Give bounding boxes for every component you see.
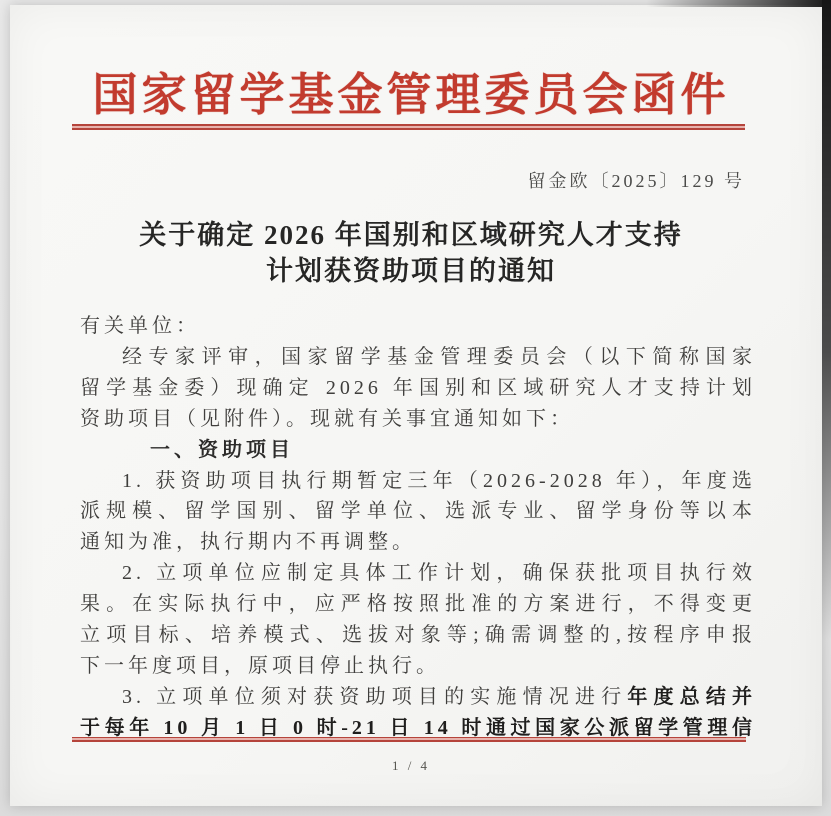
body-line: 派规模、留学国别、留学单位、选派专业、留学身份等以本 bbox=[80, 496, 756, 527]
notice-title-line2: 计划获资助项目的通知 bbox=[10, 253, 812, 289]
body-line: 立项目标、培养模式、选拔对象等;确需调整的,按程序申报 bbox=[80, 620, 756, 651]
body-line: 留学基金委）现确定 2026 年国别和区域研究人才支持计划 bbox=[80, 373, 756, 404]
body-line: 果。在实际执行中，应严格按照批准的方案进行，不得变更 bbox=[80, 589, 756, 620]
body-line: 下一年度项目，原项目停止执行。 bbox=[80, 651, 756, 682]
body-line: 通知为准，执行期内不再调整。 bbox=[80, 527, 756, 558]
body-line: 2. 立项单位应制定具体工作计划，确保获批项目执行效 bbox=[80, 558, 756, 589]
body-line-normal: 3. 立项单位须对获资助项目的实施情况进行 bbox=[122, 686, 627, 708]
letterhead-divider bbox=[72, 124, 745, 130]
body-line: 经专家评审，国家留学基金管理委员会（以下简称国家 bbox=[80, 342, 756, 373]
page-number: 1 / 4 bbox=[10, 758, 812, 774]
salutation: 有关单位： bbox=[80, 311, 756, 342]
document-number: 留金欧〔2025〕129 号 bbox=[528, 167, 746, 193]
body-line: 1. 获资助项目执行期暂定三年（2026-2028 年），年度选 bbox=[80, 466, 756, 497]
scan-edge-shadow-right bbox=[822, 0, 831, 640]
body-line: 3. 立项单位须对获资助项目的实施情况进行年度总结并 bbox=[80, 682, 756, 713]
notice-title: 关于确定 2026 年国别和区域研究人才支持 计划获资助项目的通知 bbox=[10, 217, 812, 289]
body-line: 资助项目（见附件）。现就有关事宜通知如下： bbox=[80, 404, 756, 435]
notice-title-line1: 关于确定 2026 年国别和区域研究人才支持 bbox=[10, 217, 812, 253]
letterhead-title: 国家留学基金管理委员会函件 bbox=[10, 58, 812, 123]
body-line-bold: 年度总结并 bbox=[627, 686, 756, 708]
body-text: 有关单位： 经专家评审，国家留学基金管理委员会（以下简称国家 留学基金委）现确定… bbox=[80, 311, 756, 744]
scanned-document-background: 国家留学基金管理委员会函件 留金欧〔2025〕129 号 关于确定 2026 年… bbox=[0, 0, 831, 816]
scan-edge-shadow-top bbox=[646, 0, 831, 7]
document-page: 国家留学基金管理委员会函件 留金欧〔2025〕129 号 关于确定 2026 年… bbox=[10, 5, 822, 806]
body-line-bold: 于每年 10 月 1 日 0 时-21 日 14 时通过国家公派留学管理信 bbox=[80, 717, 756, 739]
footer-divider bbox=[72, 737, 746, 742]
section-heading: 一、资助项目 bbox=[150, 435, 756, 466]
